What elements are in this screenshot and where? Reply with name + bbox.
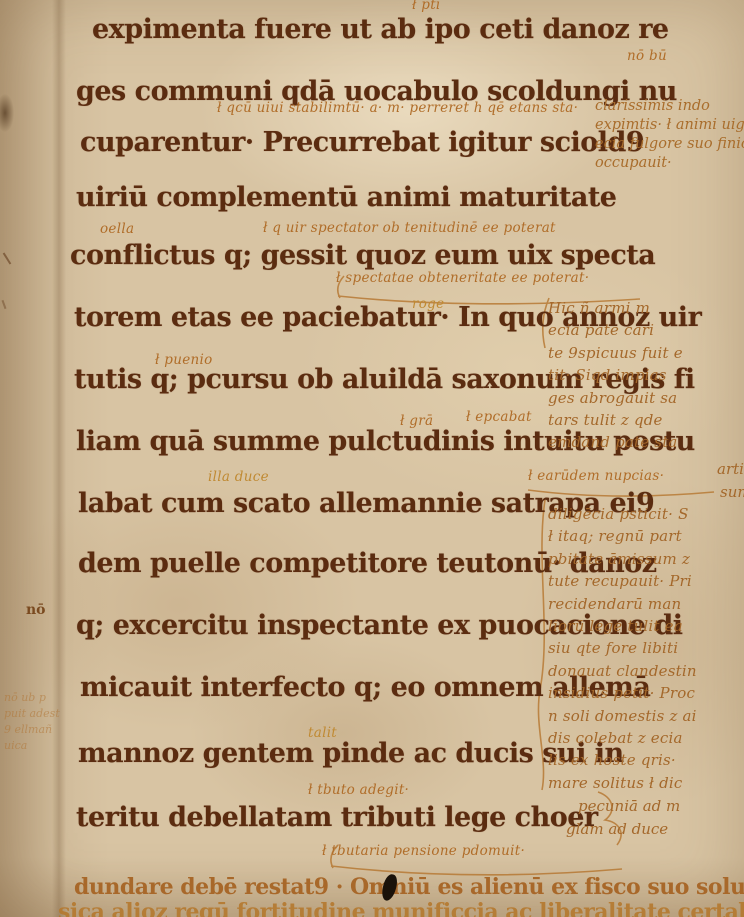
gloss-spectatae: ł spectatae obteneritate ee poterat· bbox=[336, 270, 589, 286]
text-line-5: conflictus q; gessit quoz eum uix specta bbox=[70, 240, 655, 271]
margin-fragment-arti: arti bbox=[717, 460, 744, 478]
margin-a-line-1: Hic ñ armi m bbox=[548, 297, 683, 319]
margin-top-line-3: ecia fulgore suo finicimos bbox=[595, 135, 744, 154]
gloss-earundem: ł earūdem nupcias· bbox=[528, 468, 664, 484]
gloss-spectator: ł q uir spectator ob tenitudinē ee poter… bbox=[263, 220, 556, 236]
gloss-top-abbrev: ł pti bbox=[412, 0, 441, 13]
margin-b-line-7: siu qte fore libiti bbox=[548, 637, 697, 659]
text-line-3: cuparentur· Precurrebat igitur sciold9 bbox=[80, 127, 644, 158]
margin-b-line-9: insidius petit· Proc bbox=[548, 682, 697, 704]
margin-b-line-8: donauat clandestin bbox=[548, 660, 697, 682]
gloss-illa-duce: illa duce bbox=[208, 469, 269, 485]
manuscript-page: expimenta fuere ut ab ipo ceti danoz re … bbox=[0, 0, 744, 917]
gloss-taliter: talit bbox=[308, 725, 337, 741]
margin-fragment-pecunia: pecuniā ad m bbox=[578, 797, 680, 815]
parchment-crease bbox=[52, 0, 66, 917]
gloss-roge: roge bbox=[412, 296, 444, 312]
edge-pen-mark bbox=[3, 252, 12, 264]
text-line-16: sica alioz regū fortitudine munificcia a… bbox=[58, 899, 744, 917]
margin-b-line-2: ł itaq; regnū part bbox=[548, 525, 697, 547]
margin-a-line-7: emdand pate sta bbox=[548, 431, 683, 453]
margin-top-line-4: occupauit· bbox=[595, 154, 744, 173]
margin-b-line-6: liorū lege tulit ea bbox=[548, 615, 697, 637]
gloss-gratia: ł grā bbox=[400, 413, 433, 429]
left-scribble-2: puit adest bbox=[4, 706, 60, 722]
gloss-nota-bene: nō bū bbox=[627, 48, 667, 64]
left-scribble-3: 9 ellmañ bbox=[4, 722, 60, 738]
margin-a-line-5: ges abrogauit sa bbox=[548, 387, 683, 409]
margin-b-line-11: dis colebat z ecia bbox=[548, 727, 697, 749]
gloss-deprecabat: ł epcabat bbox=[466, 409, 532, 425]
gloss-tributo: ł tbuto adegit· bbox=[308, 782, 409, 798]
margin-a-line-4: tit· Siqd impias bbox=[548, 364, 683, 386]
margin-block-top-right: clarissimis indo expimtis· ł animi uigor… bbox=[595, 97, 744, 173]
left-margin-scribbles: nō ub p puit adest 9 ellmañ uica bbox=[4, 690, 60, 754]
edge-pen-mark-2 bbox=[2, 300, 7, 309]
margin-fragment-sum: sum bbox=[720, 483, 744, 501]
margin-b-line-10: n soli domestis z ai bbox=[548, 705, 697, 727]
margin-b-line-13: mare solitus ł dic bbox=[548, 772, 697, 794]
text-line-1: expimenta fuere ut ab ipo ceti danoz re bbox=[92, 14, 669, 45]
margin-top-line-1: clarissimis indo bbox=[595, 97, 744, 116]
left-scribble-4: uica bbox=[4, 738, 60, 754]
gloss-stabilimentum: ł qcū uiui stabilimtū· a· m· perreret h … bbox=[217, 100, 578, 116]
left-margin-nota: nō bbox=[26, 602, 46, 618]
margin-b-line-12: lis ex hoste qris· bbox=[548, 749, 697, 771]
gloss-oella: oella bbox=[100, 221, 134, 237]
margin-top-line-2: expimtis· ł animi uigore bbox=[595, 116, 744, 135]
edge-ink-blob bbox=[0, 94, 14, 132]
margin-b-line-4: tute recupauit· Pri bbox=[548, 570, 697, 592]
margin-column-lower: diligēcia psticit· S ł itaq; regnū part … bbox=[548, 503, 697, 794]
margin-column-upper: Hic ñ armi m ecia pate cari te 9spicuus … bbox=[548, 297, 683, 454]
margin-a-line-3: te 9spicuus fuit e bbox=[548, 342, 683, 364]
margin-fragment-glam: glam ad duce bbox=[566, 820, 668, 838]
margin-b-line-3: pbitate āmissum z bbox=[548, 548, 697, 570]
text-line-15: dundare debē restat9 · Omniū es alienū e… bbox=[74, 874, 744, 900]
left-scribble-1: nō ub p bbox=[4, 690, 60, 706]
margin-b-line-5: recidendarū man bbox=[548, 593, 697, 615]
text-line-13: mannoz gentem pinde ac ducis sui in bbox=[78, 738, 624, 769]
margin-a-line-2: ecia pate cari bbox=[548, 319, 683, 341]
text-line-4: uiriū complementū animi maturitate bbox=[76, 182, 616, 213]
gloss-provenio: ł puenio bbox=[155, 352, 213, 368]
margin-a-line-6: tars tulit z qde bbox=[548, 409, 683, 431]
text-line-14: teritu debellatam tributi lege choer bbox=[76, 802, 598, 833]
margin-b-line-1: diligēcia psticit· S bbox=[548, 503, 697, 525]
gloss-tributaria: ł tbutaria pensione pdomuit· bbox=[322, 843, 525, 859]
